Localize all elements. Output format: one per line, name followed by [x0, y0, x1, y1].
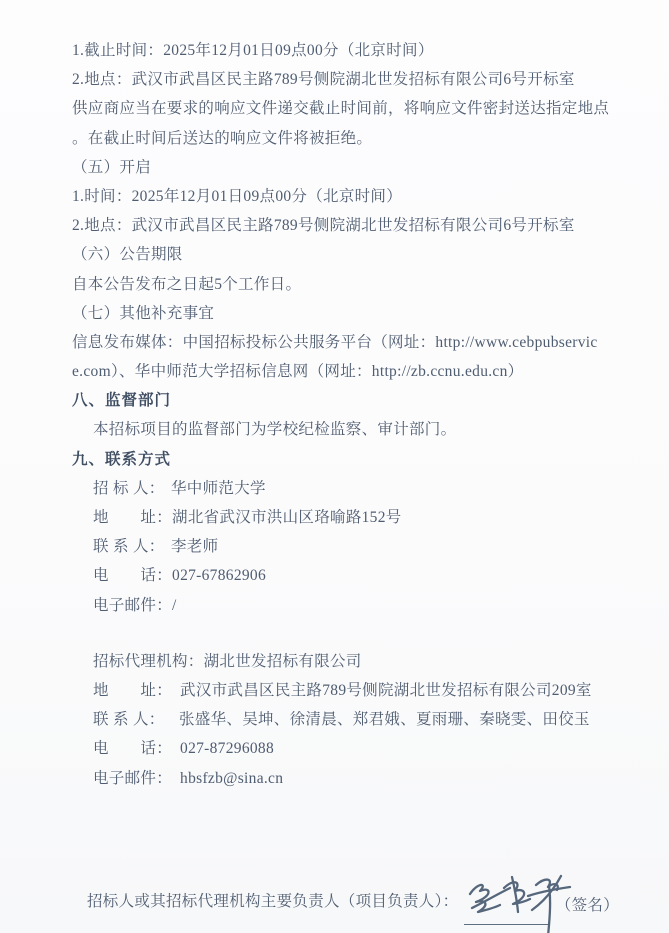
tenderer-email-value: / [172, 597, 177, 614]
agency-phone-row: 电 话：027-87296088 [72, 734, 619, 763]
agency-phone-label: 电 话： [93, 734, 172, 763]
opening-location-line: 2.地点：武汉市武昌区民主路789号侧院湖北世发招标有限公司6号开标室 [72, 211, 619, 240]
agency-name-row: 招标代理机构：湖北世发招标有限公司 [72, 647, 619, 676]
opening-heading: （五）开启 [72, 153, 619, 182]
agency-email-value: hbsfzb@sina.cn [180, 770, 283, 787]
media-line-2: e.com）、华中师范大学招标信息网（网址：http://zb.ccnu.edu… [72, 357, 619, 386]
agency-contact-label: 联 系 人： [93, 705, 171, 734]
tenderer-address-row: 地 址：湖北省武汉市洪山区珞喻路152号 [72, 503, 619, 532]
signature-handwriting-icon [460, 868, 580, 933]
agency-email-row: 电子邮件：hbsfzb@sina.cn [72, 764, 619, 793]
agency-name-value: 湖北世发招标有限公司 [204, 653, 362, 670]
submission-deadline-line: 1.截止时间：2025年12月01日09点00分（北京时间） [72, 36, 619, 65]
tenderer-email-label: 电子邮件： [93, 591, 172, 620]
agency-phone-value: 027-87296088 [180, 740, 274, 757]
agency-address-label: 地 址： [93, 676, 172, 705]
agency-address-row: 地 址：武汉市武昌区民主路789号侧院湖北世发招标有限公司209室 [72, 676, 619, 705]
agency-name-label: 招标代理机构： [93, 653, 204, 670]
other-matters-heading: （七）其他补充事宜 [72, 299, 619, 328]
tenderer-address-value: 湖北省武汉市洪山区珞喻路152号 [172, 509, 402, 526]
tenderer-phone-row: 电 话：027-67862906 [72, 561, 619, 590]
tenderer-email-row: 电子邮件：/ [72, 591, 619, 620]
pre-signature-gap [72, 793, 619, 865]
tenderer-contact-label: 联 系 人： [93, 532, 171, 561]
agency-contact-value: 张盛华、吴坤、徐清晨、郑君娥、夏雨珊、秦晓雯、田佼玉 [179, 711, 590, 728]
contact-heading: 九、联系方式 [72, 445, 619, 474]
announcement-period-body: 自本公告发布之日起5个工作日。 [72, 270, 619, 299]
supervision-heading: 八、监督部门 [72, 386, 619, 415]
tenderer-address-label: 地 址： [93, 503, 172, 532]
tenderer-contact-row: 联 系 人：李老师 [72, 532, 619, 561]
agency-address-value: 武汉市武昌区民主路789号侧院湖北世发招标有限公司209室 [180, 682, 592, 699]
signature-underline [464, 876, 549, 925]
signature-prefix: 招标人或其招标代理机构主要负责人（项目负责人）： [87, 887, 458, 924]
submission-note-line1: 供应商应当在要求的响应文件递交截止时间前，将响应文件密封送达指定地点 [72, 94, 619, 123]
tenderer-contact-value: 李老师 [171, 538, 218, 555]
submission-location-line: 2.地点：武汉市武昌区民主路789号侧院湖北世发招标有限公司6号开标室 [72, 65, 619, 94]
tenderer-phone-value: 027-67862906 [172, 567, 266, 584]
signature-line: 招标人或其招标代理机构主要负责人（项目负责人）： （签名） [72, 865, 619, 925]
supervision-body: 本招标项目的监督部门为学校纪检监察、审计部门。 [72, 415, 619, 444]
tenderer-phone-label: 电 话： [93, 561, 172, 590]
announcement-period-heading: （六）公告期限 [72, 240, 619, 269]
submission-note-line2: 。在截止时间后送达的响应文件将被拒绝。 [72, 124, 619, 153]
document-page: 1.截止时间：2025年12月01日09点00分（北京时间） 2.地点：武汉市武… [0, 0, 669, 933]
agency-email-label: 电子邮件： [93, 764, 172, 793]
media-line-1: 信息发布媒体：中国招标投标公共服务平台（网址：http://www.cebpub… [72, 328, 619, 357]
tenderer-name-label: 招 标 人： [93, 474, 171, 503]
tenderer-name-row: 招 标 人：华中师范大学 [72, 474, 619, 503]
section-gap [72, 620, 619, 647]
agency-contact-row: 联 系 人：张盛华、吴坤、徐清晨、郑君娥、夏雨珊、秦晓雯、田佼玉 [72, 705, 619, 734]
tenderer-name-value: 华中师范大学 [171, 480, 266, 497]
opening-time-line: 1.时间：2025年12月01日09点00分（北京时间） [72, 182, 619, 211]
